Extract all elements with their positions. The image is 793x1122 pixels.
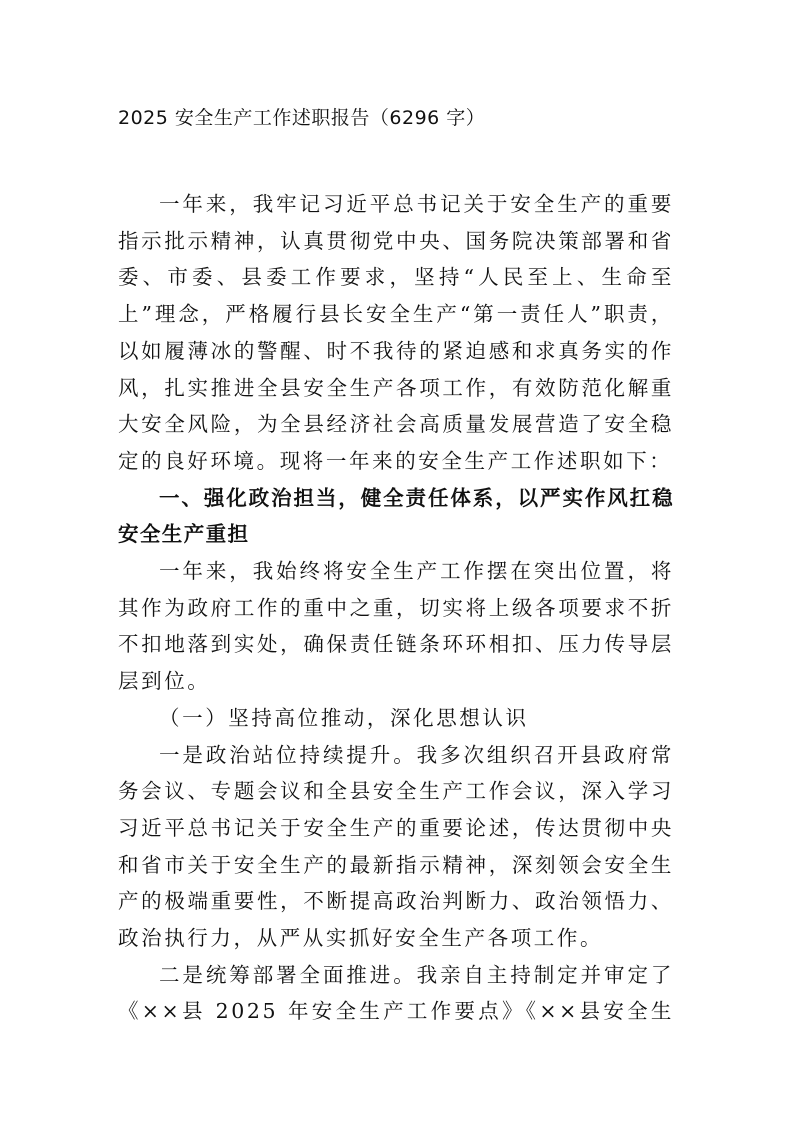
subsection-heading-1-1: （一）坚持高位推动，深化思想认识 bbox=[118, 700, 674, 737]
document-title: 2025 安全生产工作述职报告（6296 字） bbox=[118, 104, 678, 132]
section-1-intro-paragraph: 一年来，我始终将安全生产工作摆在突出位置，将其作为政府工作的重中之重，切实将上级… bbox=[118, 553, 674, 700]
point-2-paragraph: 二是统筹部署全面推进。我亲自主持制定并审定了《××县 2025 年安全生产工作要… bbox=[118, 957, 674, 1030]
section-heading-1: 一、强化政治担当，健全责任体系，以严实作风扛稳安全生产重担 bbox=[118, 480, 674, 553]
intro-paragraph: 一年来，我牢记习近平总书记关于安全生产的重要指示批示精神，认真贯彻党中央、国务院… bbox=[118, 186, 674, 480]
document-body: 一年来，我牢记习近平总书记关于安全生产的重要指示批示精神，认真贯彻党中央、国务院… bbox=[118, 186, 674, 1030]
point-1-paragraph: 一是政治站位持续提升。我多次组织召开县政府常务会议、专题会议和全县安全生产工作会… bbox=[118, 737, 674, 957]
